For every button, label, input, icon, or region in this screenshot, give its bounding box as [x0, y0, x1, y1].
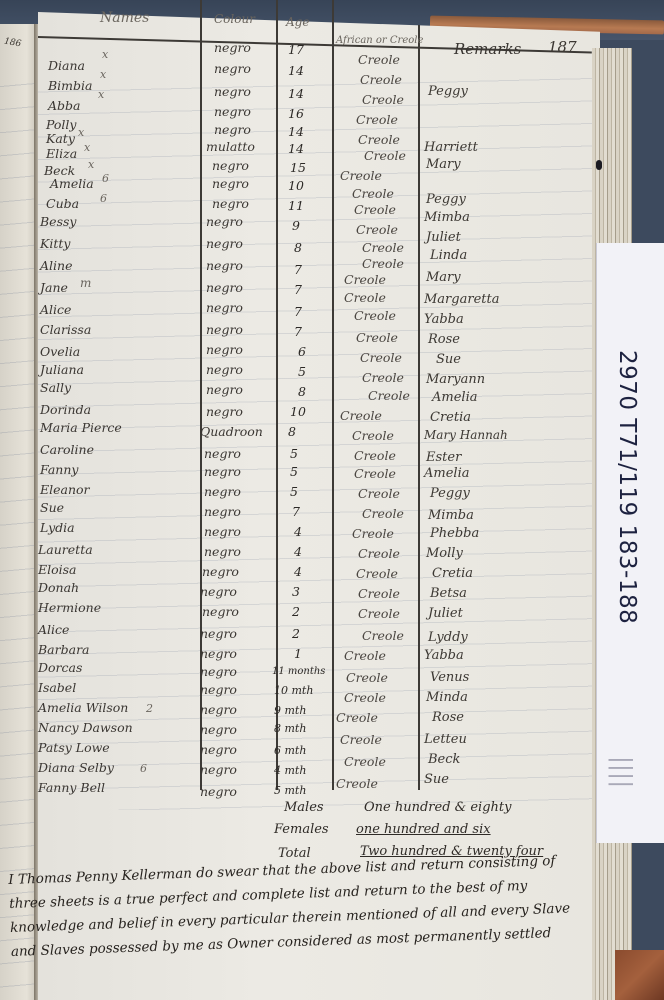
remark-cell: Sue: [424, 772, 449, 787]
origin-cell: Creole: [368, 388, 410, 403]
age-cell: 14: [288, 63, 304, 78]
colour-cell: negro: [200, 702, 237, 717]
origin-cell: Creole: [336, 710, 378, 725]
mark-cell: x: [88, 158, 94, 171]
remark-cell: Juliet: [428, 606, 463, 621]
colour-cell: negro: [200, 742, 237, 757]
remark-cell: Rose: [428, 332, 460, 347]
colour-cell: Quadroon: [200, 424, 263, 439]
age-cell: 10: [288, 178, 304, 193]
origin-cell: Creole: [362, 256, 404, 271]
colour-cell: negro: [214, 84, 251, 99]
remark-cell: Phebba: [430, 526, 479, 541]
remark-cell: Molly: [426, 546, 463, 561]
name-cell: Nancy Dawson: [38, 720, 133, 735]
name-cell: Amelia: [50, 176, 94, 191]
age-cell: 15: [290, 160, 306, 175]
origin-cell: Creole: [340, 408, 382, 423]
origin-cell: Creole: [344, 690, 386, 705]
name-cell: Fanny: [40, 462, 78, 477]
origin-cell: Creole: [354, 308, 396, 323]
origin-cell: Creole: [358, 132, 400, 147]
origin-cell: Creole: [358, 486, 400, 501]
name-cell: Clarissa: [40, 322, 91, 337]
age-cell: 4 mth: [274, 764, 306, 777]
age-cell: 7: [292, 504, 300, 519]
name-cell: Hermione: [38, 600, 101, 615]
name-cell: Maria Pierce: [40, 420, 122, 435]
origin-cell: Creole: [356, 112, 398, 127]
mark-cell: 6: [140, 762, 147, 775]
age-cell: 7: [294, 304, 302, 319]
origin-cell: Creole: [356, 566, 398, 581]
colour-cell: negro: [200, 784, 237, 799]
name-cell: Alice: [38, 622, 69, 637]
age-cell: 10: [290, 404, 306, 419]
remark-cell: Amelia: [432, 390, 477, 405]
name-cell: Bessy: [40, 214, 76, 229]
archive-reference: 2970 T71/119 183-188: [614, 350, 640, 624]
remark-cell: Betsa: [430, 586, 467, 601]
name-cell: Eliza: [46, 146, 77, 161]
colour-cell: negro: [202, 604, 239, 619]
remark-cell: Yabba: [424, 648, 464, 663]
origin-cell: Creole: [336, 776, 378, 791]
origin-cell: Creole: [346, 670, 388, 685]
colour-cell: negro: [200, 646, 237, 661]
males-label: Males: [284, 800, 324, 815]
colour-cell: negro: [202, 564, 239, 579]
age-cell: 10 mth: [274, 684, 313, 697]
age-cell: 4: [294, 544, 302, 559]
name-cell: Dorinda: [40, 402, 91, 417]
mark-cell: 6: [102, 172, 109, 185]
remark-cell: Letteu: [424, 732, 467, 747]
colour-cell: negro: [206, 404, 243, 419]
remark-cell: Maryann: [426, 372, 485, 387]
origin-cell: Creole: [344, 272, 386, 287]
age-cell: 5 mth: [274, 784, 306, 797]
remark-cell: Peggy: [426, 192, 466, 207]
colour-cell: negro: [204, 446, 241, 461]
name-cell: Eloisa: [38, 562, 77, 577]
origin-cell: Creole: [358, 546, 400, 561]
remark-cell: Mimba: [428, 508, 474, 523]
age-cell: 11: [288, 198, 304, 213]
age-cell: 1: [294, 646, 302, 661]
oath-declaration: I Thomas Penny Kellerman do swear that t…: [8, 848, 585, 964]
name-cell: Cuba: [46, 196, 79, 211]
name-cell: Barbara: [38, 642, 90, 657]
name-cell: Jane: [40, 280, 68, 295]
origin-cell: Creole: [340, 732, 382, 747]
colour-cell: negro: [214, 40, 251, 55]
remark-cell: Mary: [426, 157, 461, 172]
males-value: One hundred & eighty: [364, 800, 511, 815]
name-cell: Alice: [40, 302, 71, 317]
name-cell: Diana Selby: [38, 760, 114, 775]
name-cell: Fanny Bell: [38, 780, 105, 795]
origin-cell: Creole: [362, 370, 404, 385]
origin-cell: Creole: [344, 648, 386, 663]
name-cell: Katy: [46, 131, 75, 146]
origin-cell: Creole: [344, 290, 386, 305]
age-cell: 5: [290, 484, 298, 499]
origin-cell: Creole: [354, 466, 396, 481]
name-cell: Bimbia: [48, 78, 93, 93]
colour-cell: negro: [212, 176, 249, 191]
origin-cell: Creole: [358, 52, 400, 67]
age-cell: 8: [288, 424, 296, 439]
remark-cell: Beck: [428, 752, 460, 767]
age-cell: 2: [292, 604, 300, 619]
origin-cell: Creole: [362, 506, 404, 521]
origin-cell: Creole: [344, 754, 386, 769]
colour-cell: negro: [206, 322, 243, 337]
colour-cell: negro: [206, 342, 243, 357]
colour-cell: negro: [204, 524, 241, 539]
origin-cell: Creole: [358, 606, 400, 621]
name-cell: Patsy Lowe: [38, 740, 110, 755]
name-cell: Eleanor: [40, 482, 90, 497]
remark-cell: Venus: [430, 670, 469, 685]
remark-cell: Peggy: [430, 486, 470, 501]
age-cell: 8: [294, 240, 302, 255]
origin-cell: Creole: [362, 92, 404, 107]
mark-cell: x: [78, 126, 84, 139]
origin-cell: Creole: [358, 586, 400, 601]
origin-cell: Creole: [356, 330, 398, 345]
remark-cell: Peggy: [428, 84, 468, 99]
origin-cell: Creole: [354, 448, 396, 463]
colour-cell: negro: [206, 300, 243, 315]
remark-cell: Amelia: [424, 466, 469, 481]
origin-cell: Creole: [364, 148, 406, 163]
remark-cell: Harriett: [424, 140, 478, 155]
remark-cell: Cretia: [432, 566, 473, 581]
colour-cell: negro: [214, 122, 251, 137]
age-cell: 17: [288, 42, 304, 57]
colour-cell: negro: [204, 504, 241, 519]
name-cell: Polly: [46, 117, 77, 132]
age-cell: 4: [294, 524, 302, 539]
archive-tally-mark: ||||: [608, 756, 636, 788]
colour-cell: negro: [212, 196, 249, 211]
origin-cell: Creole: [352, 428, 394, 443]
age-cell: 8 mth: [274, 722, 306, 735]
age-cell: 5: [290, 464, 298, 479]
age-cell: 9 mth: [274, 704, 306, 717]
name-cell: Donah: [38, 580, 79, 595]
colour-cell: negro: [212, 158, 249, 173]
age-cell: 14: [288, 124, 304, 139]
colour-cell: negro: [206, 214, 243, 229]
name-cell: Juliana: [40, 362, 84, 377]
age-cell: 6: [298, 344, 306, 359]
origin-cell: Creole: [356, 222, 398, 237]
colour-cell: negro: [200, 722, 237, 737]
origin-cell: Creole: [360, 350, 402, 365]
age-cell: 11 months: [272, 666, 325, 677]
age-cell: 7: [294, 324, 302, 339]
origin-cell: Creole: [352, 186, 394, 201]
colour-cell: negro: [200, 682, 237, 697]
origin-cell: Creole: [352, 526, 394, 541]
name-cell: Kitty: [40, 236, 70, 251]
age-cell: 4: [294, 564, 302, 579]
origin-cell: Creole: [340, 168, 382, 183]
colour-cell: negro: [200, 584, 237, 599]
age-cell: 7: [294, 282, 302, 297]
name-cell: Sue: [40, 500, 64, 515]
name-cell: Lauretta: [38, 542, 93, 557]
colour-cell: negro: [206, 258, 243, 273]
age-cell: 6 mth: [274, 744, 306, 757]
colour-cell: negro: [200, 664, 237, 679]
age-cell: 14: [288, 86, 304, 101]
remark-cell: Mimba: [424, 210, 470, 225]
colour-cell: negro: [214, 61, 251, 76]
mark-cell: m: [80, 276, 91, 290]
mark-cell: x: [84, 141, 90, 154]
age-cell: 14: [288, 141, 304, 156]
remark-cell: Minda: [426, 690, 468, 705]
remark-cell: Mary Hannah: [424, 428, 508, 442]
females-value: one hundred and six: [356, 822, 491, 837]
colour-cell: negro: [206, 382, 243, 397]
origin-cell: Creole: [360, 72, 402, 87]
remark-cell: Juliet: [426, 230, 461, 245]
mark-cell: x: [98, 88, 104, 101]
mark-cell: x: [102, 48, 108, 61]
name-cell: Lydia: [40, 520, 75, 535]
remark-cell: Linda: [430, 248, 467, 263]
colour-cell: negro: [214, 104, 251, 119]
remark-cell: Rose: [432, 710, 464, 725]
name-cell: Ovelia: [40, 344, 80, 359]
name-cell: Sally: [40, 380, 71, 395]
age-cell: 9: [292, 218, 300, 233]
colour-cell: negro: [204, 544, 241, 559]
age-cell: 3: [292, 584, 300, 599]
name-cell: Dorcas: [38, 660, 82, 675]
age-cell: 5: [298, 364, 306, 379]
origin-cell: Creole: [362, 240, 404, 255]
remark-cell: Cretia: [430, 410, 471, 425]
mark-cell: x: [100, 68, 106, 81]
name-cell: Amelia Wilson: [38, 700, 128, 715]
remark-cell: Sue: [436, 352, 461, 367]
name-cell: Aline: [40, 258, 72, 273]
age-cell: 16: [288, 106, 304, 121]
remark-cell: Yabba: [424, 312, 464, 327]
remark-cell: Ester: [426, 450, 461, 465]
colour-cell: negro: [200, 762, 237, 777]
remark-cell: Mary: [426, 270, 461, 285]
age-cell: 7: [294, 262, 302, 277]
colour-cell: mulatto: [206, 139, 255, 154]
colour-cell: negro: [206, 280, 243, 295]
mark-cell: 6: [100, 192, 107, 205]
mark-cell: 2: [146, 702, 153, 715]
age-cell: 2: [292, 626, 300, 641]
age-cell: 8: [298, 384, 306, 399]
name-cell: Isabel: [38, 680, 76, 695]
remark-cell: Lyddy: [428, 630, 468, 645]
females-label: Females: [274, 822, 329, 837]
colour-cell: negro: [206, 362, 243, 377]
colour-cell: negro: [204, 464, 241, 479]
remark-cell: Margaretta: [424, 292, 499, 307]
colour-cell: negro: [200, 626, 237, 641]
name-cell: Abba: [48, 98, 80, 113]
name-cell: Diana: [48, 58, 85, 73]
colour-cell: negro: [204, 484, 241, 499]
origin-cell: Creole: [354, 202, 396, 217]
origin-cell: Creole: [362, 628, 404, 643]
colour-cell: negro: [206, 236, 243, 251]
name-cell: Caroline: [40, 442, 94, 457]
age-cell: 5: [290, 446, 298, 461]
